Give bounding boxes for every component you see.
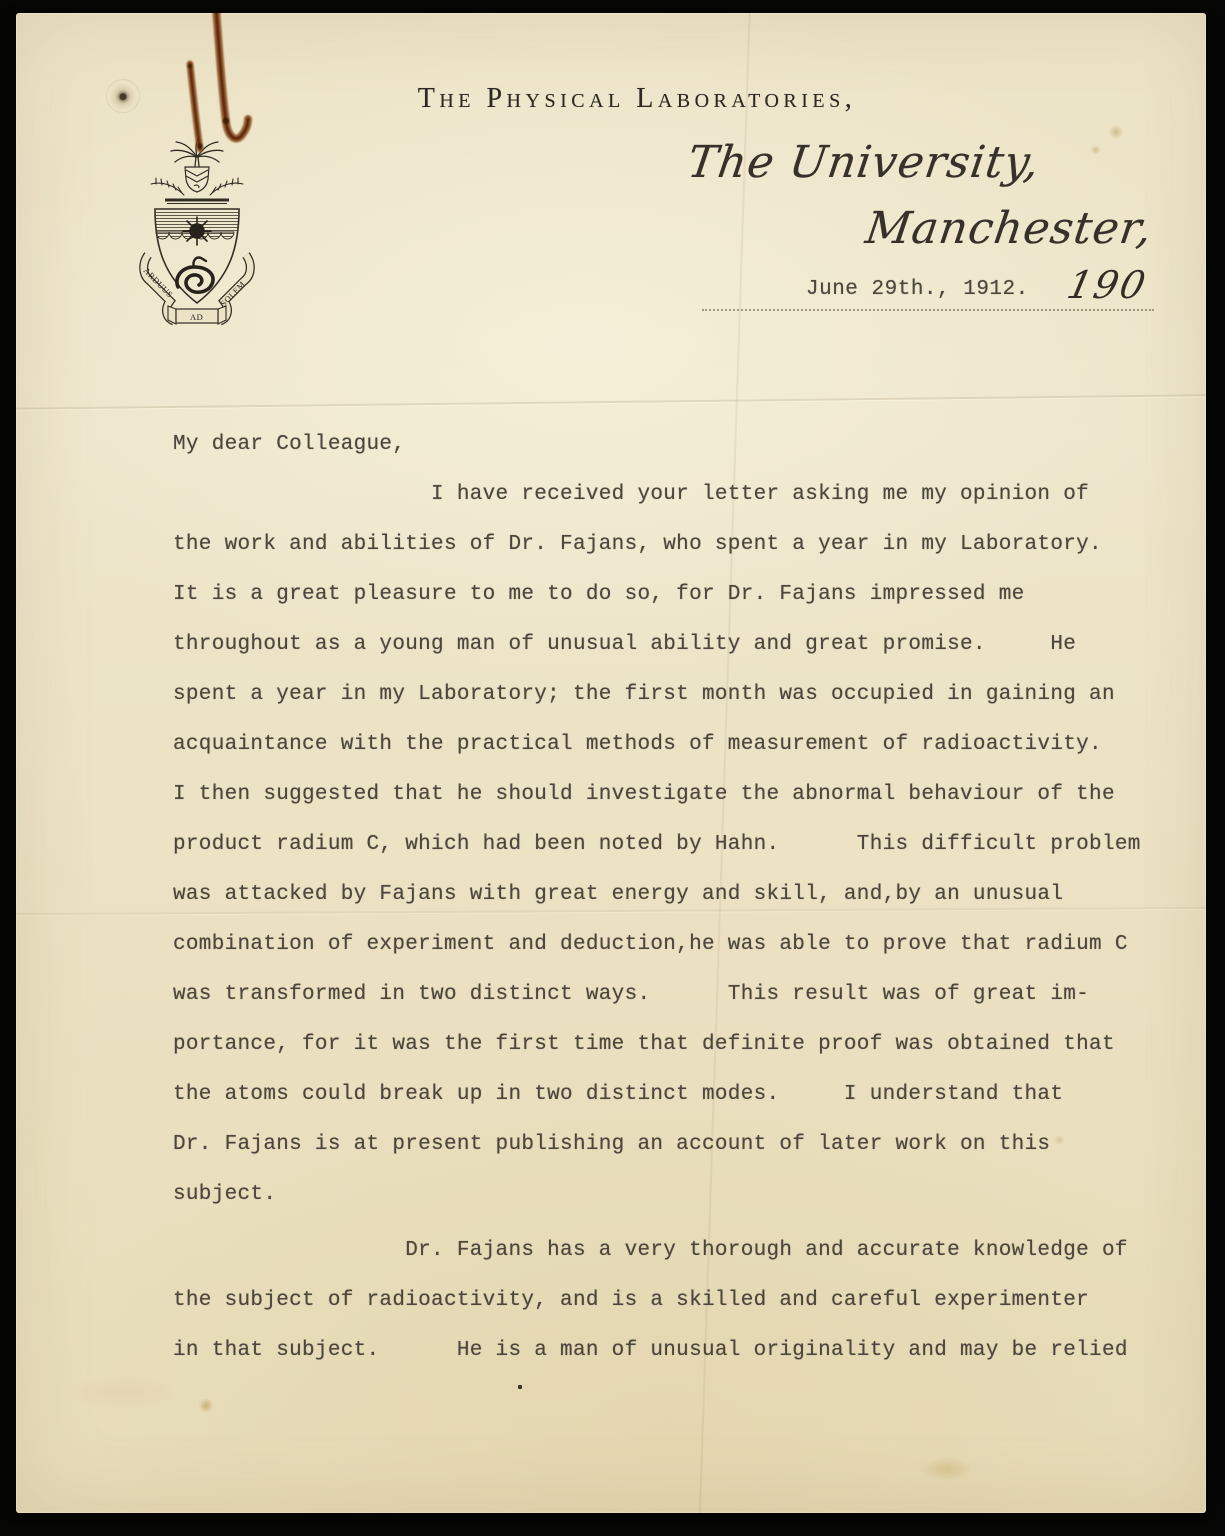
ink-speck: [518, 1385, 522, 1389]
letter-line: portance, for it was the first time that…: [173, 1020, 1141, 1070]
letter-line: acquaintance with the practical methods …: [173, 720, 1141, 770]
university-crest-icon: ARDUUS AD SOLEM: [138, 139, 256, 331]
paper-hole: [106, 79, 140, 113]
letter-line: spent a year in my Laboratory; the first…: [173, 670, 1141, 720]
fold-crease-top: [16, 394, 1206, 411]
letter-line: I have received your letter asking me my…: [173, 470, 1141, 520]
rust-stain: [166, 13, 276, 157]
sun-icon: [183, 217, 211, 245]
letter-line: combination of experiment and deduction,…: [173, 920, 1141, 970]
letter-line: the atoms could break up in two distinct…: [173, 1070, 1141, 1120]
typed-date: June 29th., 1912.: [806, 278, 1029, 301]
photo-background: { "letterhead": { "title": "The Physical…: [0, 0, 1225, 1536]
letter-line: in that subject. He is a man of unusual …: [173, 1326, 1141, 1376]
letter-line: It is a great pleasure to me to do so, f…: [173, 570, 1141, 620]
letter-line: subject.: [173, 1170, 1141, 1220]
letterhead-title: The Physical Laboratories,: [342, 83, 932, 115]
letter-line: throughout as a young man of unusual abi…: [173, 620, 1141, 670]
foxing-stain: [1090, 145, 1101, 155]
letterhead-university: The University,: [684, 137, 1043, 188]
chevron-shield: [185, 167, 209, 192]
printed-year: 190: [1063, 263, 1151, 307]
letter-line: Dr. Fajans has a very thorough and accur…: [173, 1226, 1141, 1276]
salutation: My dear Colleague,: [173, 420, 405, 470]
letterhead-city: Manchester,: [862, 203, 1155, 254]
letter-line: I then suggested that he should investig…: [173, 770, 1141, 820]
motto-ad: AD: [190, 312, 203, 322]
serpent-icon: [177, 258, 213, 293]
letter-line: the work and abilities of Dr. Fajans, wh…: [173, 520, 1141, 570]
letter-line: product radium C, which had been noted b…: [173, 820, 1141, 870]
faint-smudge: [68, 1375, 178, 1409]
letter-line: was attacked by Fajans with great energy…: [173, 870, 1141, 920]
torse-bar: [165, 200, 229, 204]
letter-body: I have received your letter asking me my…: [173, 470, 1141, 1376]
foxing-stain: [1108, 125, 1124, 139]
letter-line: Dr. Fajans is at present publishing an a…: [173, 1120, 1141, 1170]
foxing-stain: [198, 1399, 214, 1412]
motto-solem: SOLEM: [218, 279, 247, 308]
foxing-stain: [921, 1457, 973, 1481]
letter-line: the subject of radioactivity, and is a s…: [173, 1276, 1141, 1326]
letter-line: was transformed in two distinct ways. Th…: [173, 970, 1141, 1020]
letter-page: ARDUUS AD SOLEM The Physical Laboratorie…: [16, 13, 1206, 1513]
